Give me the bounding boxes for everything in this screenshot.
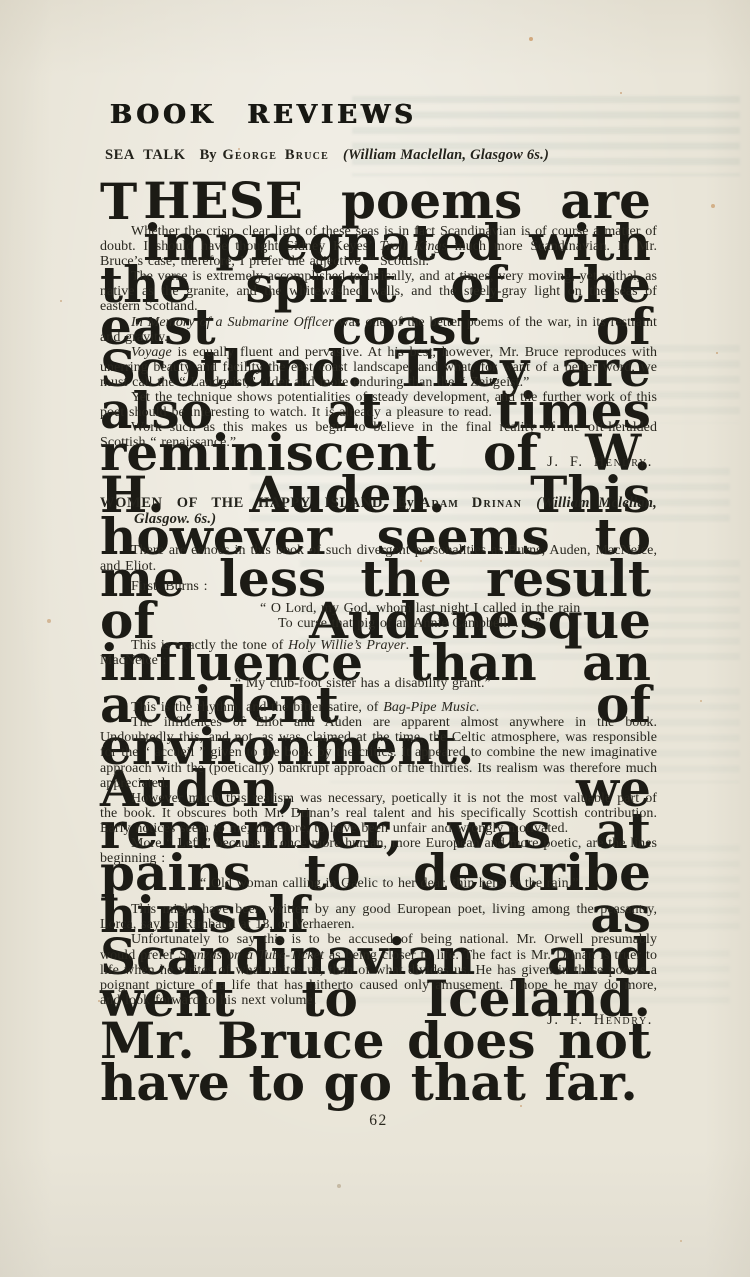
italic-text: Troll Kings [380,239,448,254]
imprint: (William Maclellan, Glasgow 6s.) [343,147,549,163]
body-text: This is the rhythm, and the bitter satir… [131,700,383,715]
byline-prefix: By [397,495,414,511]
book-title: WOMEN OF THE HAPPY ISLAND [100,495,383,511]
paragraph: THESE poems are impregnated with the spi… [100,179,657,224]
drop-cap: T [100,180,143,225]
body-text: . [406,638,410,653]
italic-text: In Memory of a Submarine Offlcer [131,315,334,330]
italic-text: Voyage [131,345,172,360]
section-title: BOOK REVIEWS [110,100,657,130]
paper-speckles [0,0,2,2]
author-name: Adam Drinan [420,495,522,511]
book-title: SEA TALK [105,147,186,163]
body-text: MacNeice : [100,653,167,668]
review-heading: SEA TALKByGeorge Bruce(William Maclellan… [105,147,657,163]
scanned-page: BOOK REVIEWS SEA TALKByGeorge Bruce(Will… [0,0,750,1277]
italic-text: Bag-Pipe Music [383,700,475,715]
italic-text: Stanzas on a Tube-Ticket [179,948,324,963]
body-text: . [476,700,480,715]
body-text: This is exactly the tone of [131,638,288,653]
review-body: THESE poems are impregnated with the spi… [100,179,657,450]
byline-prefix: By [200,147,217,163]
body-text: First, Burns : [131,579,208,594]
author-name: George Bruce [223,147,329,163]
review-sea-talk: SEA TALKByGeorge Bruce(William Maclellan… [100,147,657,471]
italic-text: Holy Willie’s Prayer [288,638,405,653]
text-block: BOOK REVIEWS SEA TALKByGeorge Bruce(Will… [100,100,657,1029]
page-number: 62 [100,1112,657,1130]
